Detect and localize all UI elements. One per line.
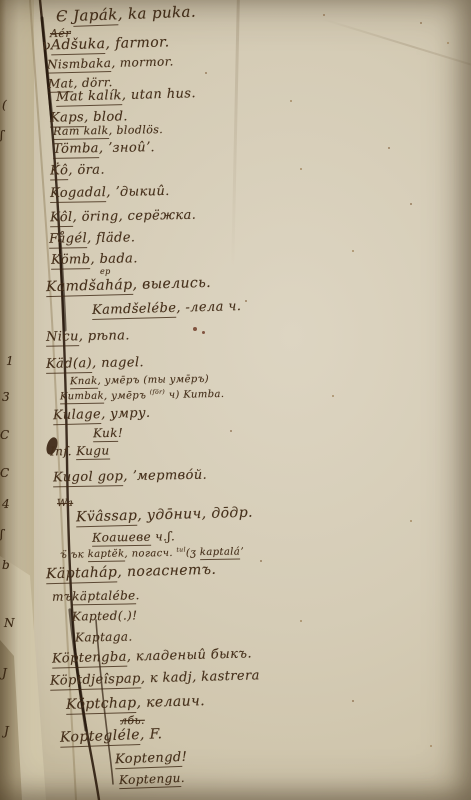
- gloss-text: .: [135, 588, 139, 602]
- gloss-text: , к kadj, kastrera: [141, 668, 260, 686]
- gloss-text: тъ: [52, 589, 72, 603]
- gloss-text: лбь.: [120, 714, 145, 727]
- gloss-text: , bada.: [90, 251, 138, 267]
- manuscript-line: Mat kalík, utan hus.: [56, 86, 196, 105]
- manuscript-line: Nicu, рѣпа.: [46, 328, 130, 344]
- manuscript-line: Koptegléle, F.: [60, 726, 163, 746]
- gloss-text: , ʼзнои̂ʼ.: [99, 140, 155, 156]
- gloss-text: , умēръ: [104, 390, 150, 402]
- manuscript-line: Kamdšelébe, -лела ч.: [92, 299, 242, 318]
- manuscript-line: Kv̈âssap, удōнич, дōдр.: [76, 505, 253, 526]
- headword: Tömba: [53, 141, 99, 158]
- gloss-text: , келаич.: [136, 693, 205, 711]
- gloss-text: , F.: [140, 726, 163, 743]
- headword: Коашеве: [92, 530, 151, 547]
- gloss-text: , öring, серёжка.: [72, 208, 196, 225]
- headword: kaptĕk: [88, 549, 125, 562]
- headword: kaptalá: [200, 547, 241, 560]
- headword: Käptaháp: [46, 564, 118, 583]
- headword: Kogadal: [50, 185, 107, 202]
- headword: Koptengd: [115, 750, 182, 769]
- handwritten-text-layer: Є Japák, ka puka.AérʋAdšuka, farmor.Nism…: [0, 0, 471, 800]
- edge-fragment: (: [2, 98, 7, 112]
- headword: Ram kalk: [53, 124, 109, 139]
- edge-fragment: ʃ: [0, 527, 3, 541]
- gloss-text: !: [118, 426, 123, 440]
- gloss-text: , ka puka.: [117, 3, 196, 24]
- gloss-text: , blodlös.: [109, 123, 164, 137]
- headword: Kôl: [50, 210, 73, 227]
- manuscript-photo: Є Japák, ka puka.AérʋAdšuka, farmor.Nism…: [0, 0, 471, 800]
- headword: Nismbaka: [47, 56, 112, 73]
- gloss-text: , utan hus.: [122, 86, 196, 103]
- manuscript-line: K̈ô, öra.: [50, 163, 105, 179]
- headword: Kugu: [76, 443, 110, 459]
- gloss-text: tul: [176, 546, 186, 553]
- manuscript-line: Kogadal, ʼдыкии̂.: [50, 184, 170, 201]
- gloss-text: Wa: [57, 498, 73, 509]
- gloss-text: , ʼмертво́й.: [123, 468, 207, 484]
- headword: Kuk: [93, 426, 118, 442]
- manuscript-line: Ram kalk, blodlös.: [53, 123, 163, 138]
- edge-fragment: 3: [2, 390, 10, 404]
- manuscript-line: Knak, умēръ (ты умēръ): [70, 374, 209, 387]
- edge-fragment: N: [4, 616, 15, 630]
- gloss-text: , умēръ (ты умēръ): [97, 374, 209, 387]
- gloss-text: , умру.: [101, 406, 151, 422]
- manuscript-line: Kuk!: [93, 426, 123, 441]
- edge-fragment: J: [2, 666, 7, 680]
- gloss-text: , выелись.: [132, 275, 211, 293]
- headword: Kulage: [53, 407, 102, 425]
- edge-fragment: 4: [2, 497, 10, 511]
- gloss-text: Kapted(.)!: [72, 608, 138, 623]
- manuscript-line: Fågél, fläde.: [49, 230, 136, 247]
- manuscript-line: Kaptaga.: [75, 629, 133, 644]
- manuscript-line: Köptdjeîspap, к kadj, kastrera: [50, 668, 260, 688]
- gloss-text: (ʒ: [186, 547, 200, 558]
- manuscript-line: Wa: [57, 498, 73, 509]
- edge-fragment: C: [0, 428, 9, 442]
- gloss-text: ч.ʃ.: [151, 529, 175, 543]
- manuscript-line: Є Japák, ka puka.: [56, 3, 197, 26]
- gloss-text: (för): [150, 389, 166, 396]
- manuscript-line: Коашеве ч.ʃ.: [92, 529, 175, 544]
- manuscript-line: Inf. Kugu: [50, 443, 110, 458]
- manuscript-line: Kôl, öring, серёжка.: [50, 208, 196, 226]
- manuscript-line: Käd(a), nagel.: [46, 355, 144, 372]
- headword: Köptchap: [66, 695, 137, 714]
- headword: Köptengba: [52, 650, 127, 668]
- gloss-text: ч) Kumba.: [165, 389, 224, 401]
- headword: Kamdšelébe: [92, 301, 177, 320]
- manuscript-line: ep: [100, 267, 111, 276]
- gloss-text: Inf.: [50, 444, 76, 458]
- manuscript-line: Koptengd!: [115, 750, 188, 768]
- manuscript-line: Kamdšaháp, выелись.: [46, 275, 211, 295]
- headword: Koptengu: [119, 771, 181, 789]
- manuscript-line: Kömb, bada.: [51, 251, 138, 268]
- headword: Kömb: [51, 252, 91, 269]
- gloss-text: , blod.: [84, 109, 128, 125]
- manuscript-line: Tömba, ʼзнои̂ʼ.: [53, 140, 155, 157]
- headword: Käd(a): [46, 356, 92, 373]
- manuscript-line: ʋAdšuka, farmor.: [42, 34, 170, 53]
- manuscript-line: ъ̈ ък kaptĕk, погасч. tul(ʒ kaptaláʼ: [60, 545, 244, 561]
- gloss-text: , кладеныи̂ быкъ.: [127, 646, 252, 664]
- headword: K̈ô: [50, 163, 69, 180]
- manuscript-line: Köptchap, келаич.: [66, 693, 205, 713]
- headword: Köptdjeîspap: [50, 671, 141, 690]
- headword: Japák: [73, 5, 118, 26]
- edge-fragment: C: [0, 466, 9, 480]
- gloss-text: Є: [56, 7, 74, 26]
- headword: Knak: [70, 376, 98, 389]
- manuscript-line: Käptaháp, погаснетъ.: [46, 562, 217, 582]
- gloss-text: !: [181, 750, 187, 765]
- manuscript-line: лбь.: [120, 714, 145, 727]
- headword: käptalébe: [72, 588, 136, 605]
- edge-fragment: J: [4, 724, 9, 738]
- gloss-text: Kaptaga.: [75, 629, 133, 644]
- gloss-text: ъ̈ ък: [60, 549, 88, 560]
- edge-fragment: 1: [6, 354, 14, 368]
- manuscript-line: Kapted(.)!: [72, 608, 138, 623]
- gloss-text: , погасч.: [124, 548, 176, 560]
- headword: Kugol gop: [53, 469, 124, 487]
- gloss-text: ʼ: [240, 547, 244, 558]
- headword: Mat kalík: [56, 88, 122, 106]
- gloss-text: , рѣпа.: [79, 328, 130, 344]
- gloss-text: .: [181, 771, 186, 785]
- manuscript-line: Köptengba, кладеныи̂ быкъ.: [52, 646, 252, 666]
- manuscript-line: Kumbak, умēръ (för) ч) Kumba.: [60, 388, 225, 403]
- headword: Fågél: [49, 231, 87, 248]
- manuscript-line: Kulage, умру.: [53, 406, 151, 424]
- gloss-text: , farmor.: [105, 34, 169, 52]
- manuscript-line: Koptengu.: [119, 771, 185, 787]
- headword: Kamdšaháp: [46, 277, 133, 297]
- gloss-text: , ʼдыкии̂.: [106, 184, 170, 200]
- edge-fragment: b: [2, 558, 10, 572]
- manuscript-line: Kugol gop, ʼмертво́й.: [53, 468, 207, 486]
- headword: Kv̈âssap: [76, 508, 138, 527]
- gloss-text: , öra.: [68, 163, 105, 179]
- gloss-text: , -лела ч.: [176, 299, 241, 316]
- gloss-text: , nagel.: [92, 355, 144, 371]
- gloss-text: , погаснетъ.: [117, 562, 216, 581]
- headword: Koptegléle: [60, 727, 140, 747]
- headword: Adšuka: [51, 36, 106, 55]
- headword: Kumbak: [60, 391, 104, 404]
- gloss-text: ep: [100, 267, 111, 276]
- headword: Nicu: [46, 329, 79, 346]
- gloss-text: ʋ: [42, 37, 51, 53]
- edge-fragment: ʃ: [0, 128, 3, 142]
- manuscript-line: тъkäptalébe.: [52, 588, 140, 604]
- gloss-text: , fläde.: [87, 230, 136, 246]
- manuscript-line: Nismbaka, mormor.: [47, 54, 174, 71]
- gloss-text: , mormor.: [111, 54, 174, 70]
- gloss-text: , удōнич, дōдр.: [137, 505, 253, 524]
